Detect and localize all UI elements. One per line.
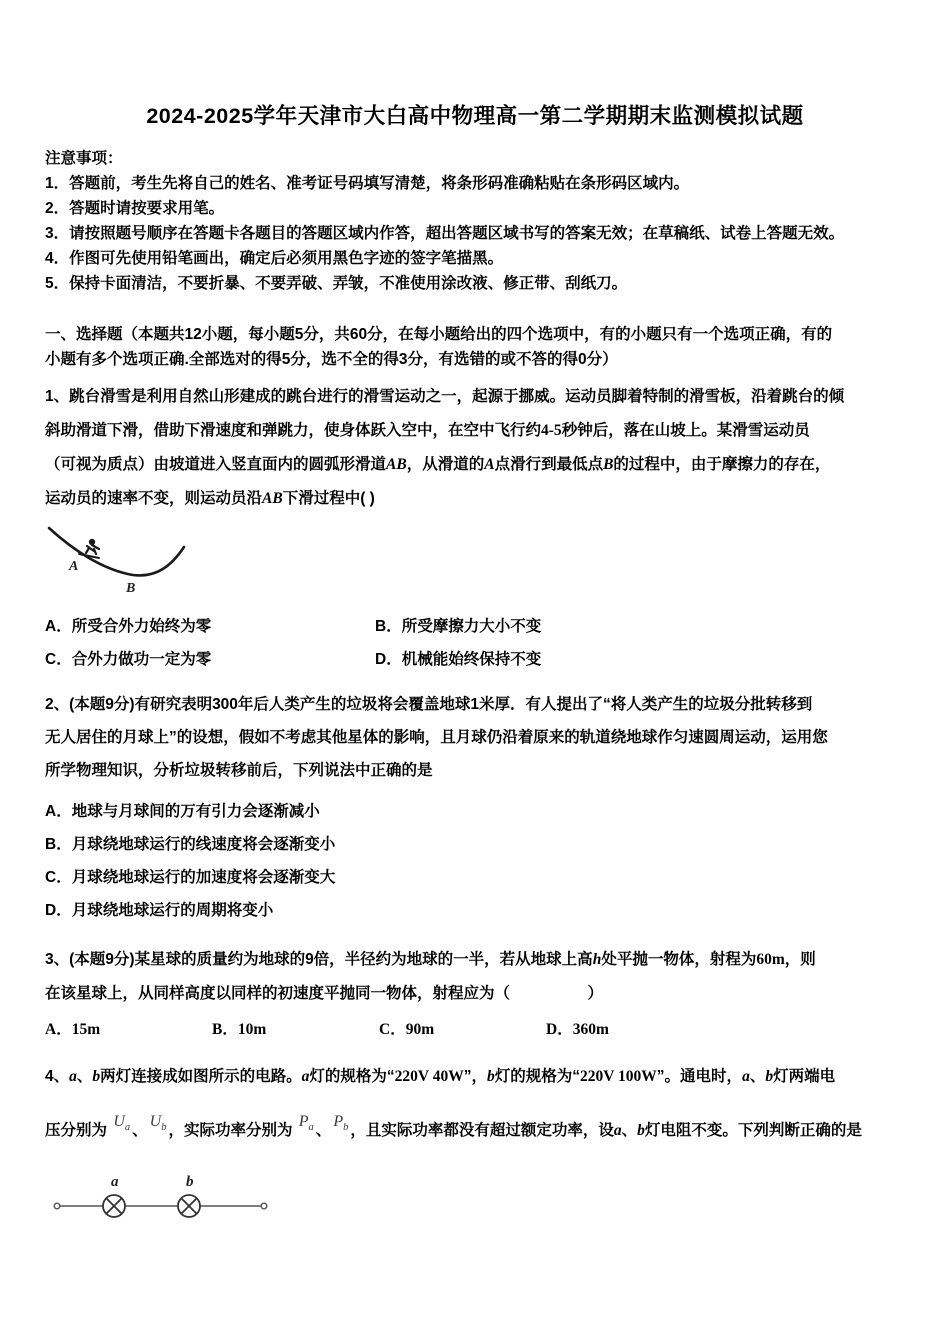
notice-item: 3．请按照题号顺序在答题卡各题目的答题区域内作答，超出答题区域书写的答案无效；在…	[45, 221, 905, 246]
question-4-line: 4、a、b两灯连接成如图所示的电路。a灯的规格为“220V 40W”，b灯的规格…	[45, 1060, 905, 1094]
question-1-line: 1、跳台滑雪是利用自然山形建成的跳台进行的滑雪运动之一，起源于挪威。运动员脚着特…	[45, 380, 905, 414]
question-1-options: A．所受合外力始终为零 B．所受摩擦力大小不变 C．合外力做功一定为零 D．机械…	[45, 610, 905, 676]
option-2C: C．月球绕地球运行的加速度将会逐渐变大	[45, 861, 905, 894]
page-title: 2024-2025学年天津市大白高中物理高一第二学期期末监测模拟试题	[45, 0, 905, 130]
ski-slope-curve-drawing: A B	[45, 518, 220, 602]
option-1C: C．合外力做功一定为零	[45, 643, 375, 676]
option-3B: B．10m	[212, 1013, 379, 1046]
question-4-line: 压分别为 Ua、Ub，实际功率分别为 Pa、Pb，且实际功率都没有超过额定功率，…	[45, 1114, 905, 1154]
option-1A: A．所受合外力始终为零	[45, 610, 375, 643]
figure-label-B: B	[125, 581, 135, 596]
section1-header-line: 小题有多个选项正确.全部选对的得5分，选不全的得3分，有选错的或不答的得0分）	[45, 347, 905, 372]
option-1D: D．机械能始终保持不变	[375, 643, 905, 676]
option-3A: A．15m	[45, 1013, 212, 1046]
lamp-b-cross	[181, 1198, 196, 1213]
notice-item: 1．答题前，考生先将自己的姓名、准考证号码填写清楚，将条形码准确粘贴在条形码区域…	[45, 171, 905, 196]
question-1-line: （可视为质点）由坡道进入竖直面内的圆弧形滑道AB，从滑道的A点滑行到最低点B的过…	[45, 448, 905, 482]
ski-slope-figure: A B	[45, 518, 905, 602]
question-3-line: 3、(本题9分)某星球的质量约为地球的9倍，半径约为地球的一半，若从地球上高h处…	[45, 943, 905, 977]
question-3-options: A．15m B．10m C．90m D．360m	[45, 1013, 905, 1046]
notice-item: 5．保持卡面清洁，不要折暴、不要弄破、弄皱，不准使用涂改液、修正带、刮纸刀。	[45, 271, 905, 296]
circuit-figure: a b	[51, 1170, 905, 1234]
question-2-line: 2、(本题9分)有研究表明300年后人类产生的垃圾将会覆盖地球1米厚．有人提出了…	[45, 688, 905, 721]
question-2-line: 无人居住的月球上”的设想，假如不考虑其他星体的影响，且月球仍沿着原来的轨道绕地球…	[45, 721, 905, 754]
question-2-options: A．地球与月球间的万有引力会逐渐减小 B．月球绕地球运行的线速度将会逐渐变小 C…	[45, 795, 905, 927]
section1-header-line: 一、选择题（本题共12小题，每小题5分，共60分，在每小题给出的四个选项中，有的…	[45, 322, 905, 347]
notice-heading: 注意事项：	[45, 146, 905, 171]
question-1-line: 斜助滑道下滑，借助下滑速度和弹跳力，使身体跃入空中，在空中飞行约4-5秒钟后，落…	[45, 414, 905, 448]
lamp-a-cross	[106, 1198, 121, 1213]
question-2-line: 所学物理知识，分析垃圾转移前后，下列说法中正确的是	[45, 754, 905, 787]
option-1B: B．所受摩擦力大小不变	[375, 610, 905, 643]
series-lamps-circuit-drawing: a b	[51, 1170, 281, 1232]
question-1: 1、跳台滑雪是利用自然山形建成的跳台进行的滑雪运动之一，起源于挪威。运动员脚着特…	[45, 380, 905, 516]
notice-item: 2．答题时请按要求用笔。	[45, 196, 905, 221]
option-2D: D．月球绕地球运行的周期将变小	[45, 894, 905, 927]
option-3C: C．90m	[379, 1013, 546, 1046]
right-terminal	[261, 1203, 267, 1209]
lamp-a-label: a	[111, 1174, 119, 1190]
figure-label-A: A	[68, 559, 78, 574]
option-3D: D．360m	[546, 1013, 713, 1046]
question-3: 3、(本题9分)某星球的质量约为地球的9倍，半径约为地球的一半，若从地球上高h处…	[45, 943, 905, 1046]
skier-body	[86, 545, 99, 554]
question-1-line: 运动员的速率不变，则运动员沿AB下滑过程中( )	[45, 482, 905, 516]
section1-header: 一、选择题（本题共12小题，每小题5分，共60分，在每小题给出的四个选项中，有的…	[45, 322, 905, 372]
lamp-b-label: b	[186, 1174, 194, 1190]
question-3-line: 在该星球上，从同样高度以同样的初速度平抛同一物体，射程应为（ ）	[45, 977, 905, 1011]
option-2A: A．地球与月球间的万有引力会逐渐减小	[45, 795, 905, 828]
question-4: 4、a、b两灯连接成如图所示的电路。a灯的规格为“220V 40W”，b灯的规格…	[45, 1060, 905, 1154]
question-2: 2、(本题9分)有研究表明300年后人类产生的垃圾将会覆盖地球1米厚．有人提出了…	[45, 688, 905, 927]
left-terminal	[54, 1203, 60, 1209]
exam-page: 2024-2025学年天津市大白高中物理高一第二学期期末监测模拟试题 注意事项：…	[0, 0, 950, 1234]
notice-section: 注意事项： 1．答题前，考生先将自己的姓名、准考证号码填写清楚，将条形码准确粘贴…	[45, 146, 905, 296]
option-2B: B．月球绕地球运行的线速度将会逐渐变小	[45, 828, 905, 861]
notice-item: 4．作图可先使用铅笔画出，确定后必须用黑色字迹的签字笔描黑。	[45, 246, 905, 271]
